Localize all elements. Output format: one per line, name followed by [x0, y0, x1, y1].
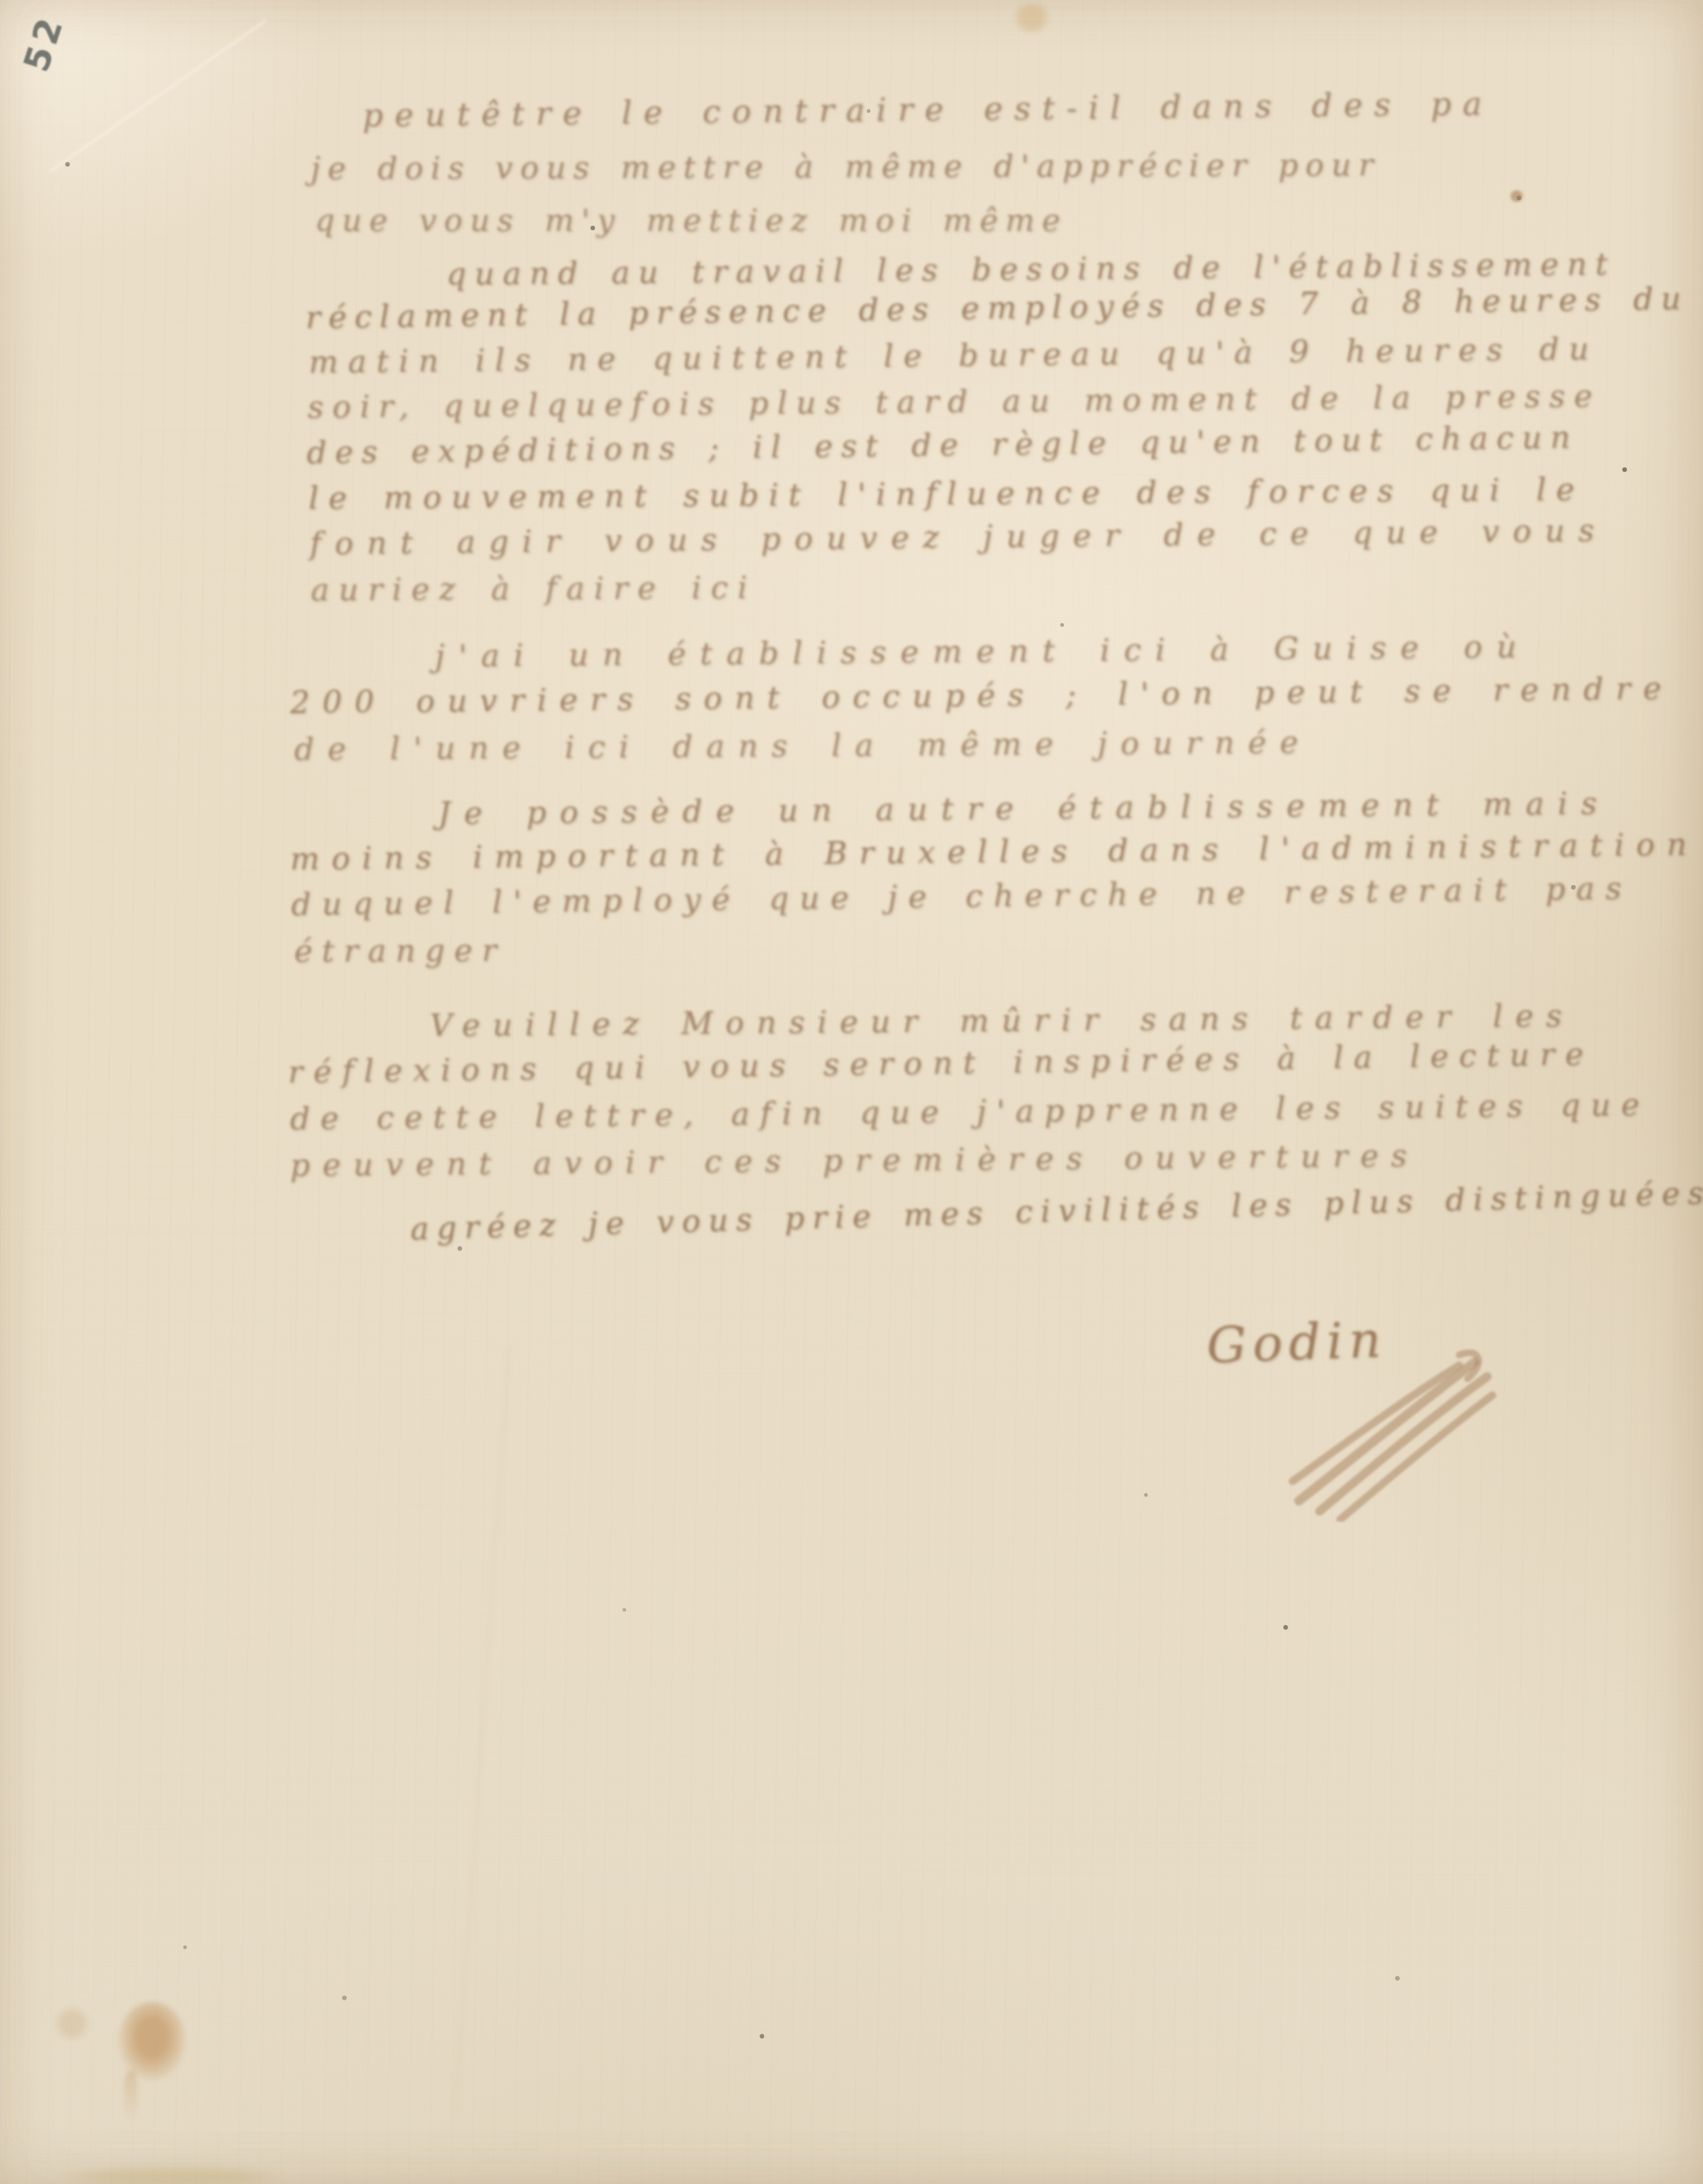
handwriting-line: font agir vous pouvez juger de ce que vo…: [309, 515, 1608, 559]
handwriting-line: auriez à faire ici: [310, 572, 757, 606]
paper-crease-vertical: [454, 1347, 510, 2121]
small-fox-spot: [1509, 189, 1524, 203]
handwriting-line: matin ils ne quittent le bureau qu'à 9 h…: [308, 333, 1598, 378]
handwriting-line: duquel l'employé que je cherche ne reste…: [291, 873, 1632, 920]
signature-paraphe-flourish: [1277, 1346, 1500, 1522]
handwriting-line: peutêtre le contraire est-il dans des pa: [362, 87, 1493, 131]
handwriting-line: moins important à Bruxelles dans l'admin…: [290, 829, 1698, 875]
handwriting-line: agréez je vous prie mes civilités les pl…: [410, 1177, 1703, 1245]
top-edge-stain: [1010, 3, 1054, 32]
handwriting-line: de l'une ici dans la même journée: [294, 727, 1311, 765]
foxing-stain: [118, 2002, 186, 2080]
archive-number-stamp: 52: [16, 10, 72, 77]
bottom-edge-smudge: [61, 2166, 284, 2184]
handwriting-line: Veuillez Monsieur mûrir sans tarder les: [430, 1000, 1574, 1041]
handwriting-line: étranger: [294, 935, 506, 967]
handwriting-line: des expéditions ; il est de règle qu'en …: [306, 422, 1578, 468]
handwriting-line: je dois vous mettre à même d'apprécier p…: [310, 150, 1381, 184]
foxing-stain-drip: [124, 2070, 138, 2122]
handwriting-line: 200 ouvriers sont occupés ; l'on peut se…: [290, 673, 1674, 718]
paper-crease-highlight: [49, 20, 266, 173]
handwriting-line: que vous m'y mettiez moi même: [315, 205, 1068, 236]
scanned-letter-page: 52 peutêtre le contraire est-il dans des…: [0, 0, 1703, 2184]
handwriting-line: j'ai un établissement ici à Guise où: [435, 631, 1530, 672]
handwriting-line: peuvent avoir ces premières ouvertures: [290, 1140, 1419, 1181]
foxing-stain-faint: [52, 2007, 92, 2040]
handwriting-line: de cette lettre, afin que j'apprenne les…: [290, 1089, 1650, 1134]
paper-specks: [0, 0, 3, 3]
handwriting-line: soir, quelquefois plus tard au moment de…: [307, 380, 1601, 423]
handwriting-line: Je possède un autre établissement mais: [438, 788, 1610, 829]
handwriting-line: le mouvement subit l'influence des force…: [308, 474, 1584, 514]
handwriting-line: réflexions qui vous seront inspirées à l…: [288, 1039, 1594, 1088]
